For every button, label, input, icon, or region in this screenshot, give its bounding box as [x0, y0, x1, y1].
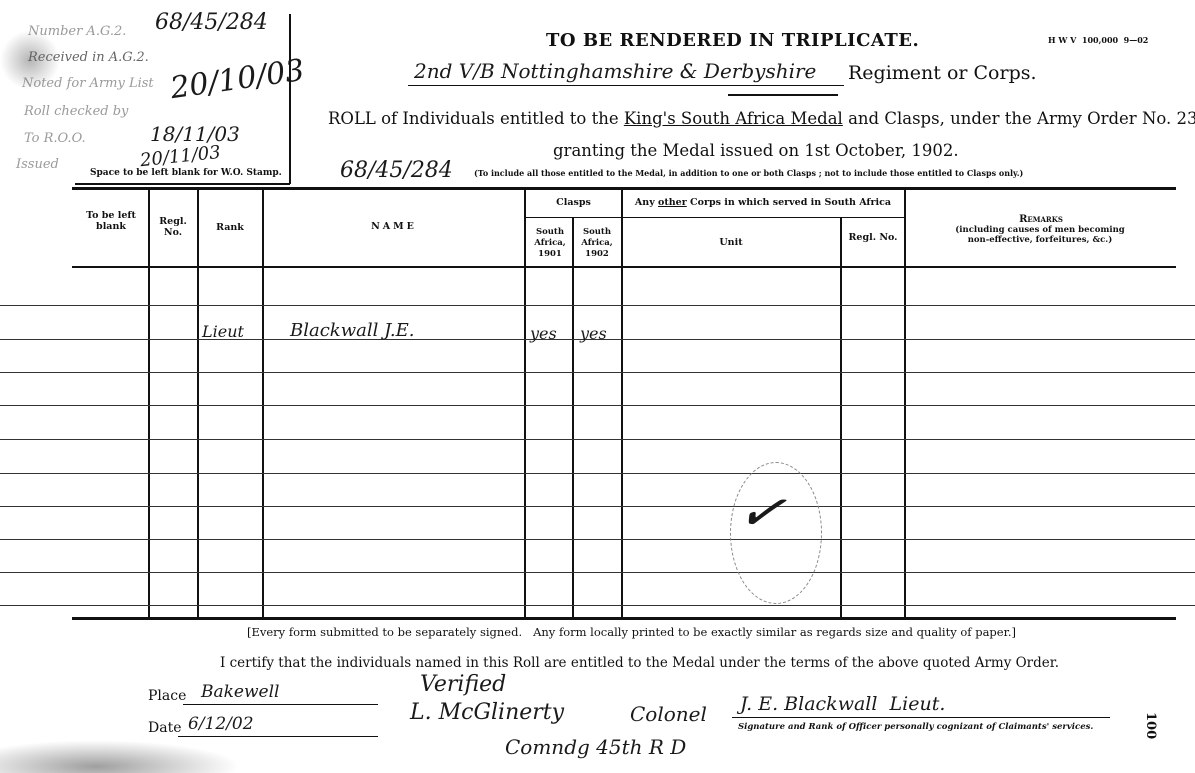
col-clasp-1901: South Africa, 1901: [530, 227, 570, 260]
clasps-subrule: [526, 217, 904, 218]
stamp-bottom-rule: [75, 183, 290, 185]
row-rule: [0, 506, 1195, 507]
row-rule: [0, 539, 1195, 540]
col-left-blank: To be left blank: [82, 210, 140, 232]
col-clasp-1902: South Africa, 1902: [576, 227, 618, 260]
handwritten-date-1: 20/10/03: [168, 53, 306, 106]
col-clasps: Clasps: [526, 197, 621, 208]
date-value: 6/12/02: [188, 714, 254, 734]
col-divider: [840, 217, 842, 619]
inclusion-instruction: (To include all those entitled to the Me…: [474, 168, 1023, 178]
page-title: TO BE RENDERED IN TRIPLICATE.: [546, 30, 919, 51]
roll-line: ROLL of Individuals entitled to the King…: [328, 109, 1195, 128]
certification-statement: I certify that the individuals named in …: [220, 655, 1059, 671]
col-divider: [197, 189, 199, 619]
handwritten-date-2: 18/11/03: [150, 122, 240, 146]
row-clasp-1901: yes: [530, 324, 557, 343]
col-other-regl-no: Regl. No.: [842, 232, 904, 243]
col-divider: [262, 189, 264, 619]
col-unit: Unit: [622, 237, 840, 248]
row-rule: [0, 605, 1195, 606]
col-name: NAME: [264, 221, 524, 232]
table-top-rule: [72, 187, 1176, 190]
col-regl-no: Regl. No.: [150, 216, 196, 238]
col-divider: [621, 189, 623, 619]
verifier-signature: L. McGlinerty: [410, 700, 564, 725]
place-label: Place: [148, 688, 186, 704]
table-row: Lieut Blackwall J.E. yes yes: [0, 318, 1195, 348]
col-other-corps: Any other Corps in which served in South…: [622, 197, 904, 208]
table-header-bottom-rule: [72, 266, 1176, 268]
col-divider: [904, 189, 906, 619]
row-rule: [0, 473, 1195, 474]
granting-line: granting the Medal issued on 1st October…: [553, 141, 959, 160]
col-divider: [572, 217, 574, 619]
stamp-line-issued: Issued: [16, 157, 59, 172]
regiment-value: 2nd V/B Nottinghamshire & Derbyshire: [414, 59, 816, 83]
row-name: Blackwall J.E.: [290, 320, 414, 341]
row-rule: [0, 572, 1195, 573]
row-rank: Lieut: [202, 322, 244, 341]
col-rank: Rank: [200, 222, 260, 233]
scan-smudge: [0, 740, 240, 773]
signing-notice: [Every form submitted to be separately s…: [247, 625, 1016, 639]
regiment-field: 2nd V/B Nottinghamshire & Derbyshire: [408, 57, 844, 86]
handwritten-date-3: 20/11/03: [139, 142, 222, 171]
verifier-command: Comndg 45th R D: [505, 735, 686, 759]
regiment-label: Regiment or Corps.: [848, 62, 1037, 84]
verifier-rank: Colonel: [630, 702, 707, 726]
officer-signature: J. E. Blackwall Lieut.: [740, 693, 945, 715]
place-value: Bakewell: [201, 682, 279, 702]
stamp-line-to: To R.O.O.: [24, 131, 86, 146]
place-field: Bakewell: [183, 682, 378, 705]
handwritten-file-number: 68/45/284: [155, 10, 268, 35]
stamp-caption: Space to be left blank for W.O. Stamp.: [90, 168, 282, 178]
date-label: Date: [148, 720, 181, 736]
row-rule: [0, 439, 1195, 440]
roll-prefix: ROLL of Individuals entitled to the: [328, 109, 619, 128]
col-divider: [148, 189, 150, 619]
table-bottom-rule: [72, 617, 1176, 620]
row-clasp-1902: yes: [580, 324, 607, 343]
signature-field: J. E. Blackwall Lieut.: [732, 695, 1110, 718]
date-field: 6/12/02: [178, 714, 378, 737]
side-mark: 100: [1143, 712, 1158, 739]
roll-suffix: and Clasps, under the Army Order No. 232: [848, 109, 1195, 128]
print-code: H W V 100,000 9—02: [1048, 35, 1148, 45]
regiment-underline-2: [728, 94, 838, 96]
stamp-line-roll: Roll checked by: [24, 104, 128, 119]
wo-stamp-area: Number A.G.2. Received in A.G.2. Noted f…: [0, 0, 290, 182]
stamp-divider: [289, 14, 291, 184]
col-remarks-sub: (including causes of men becoming non-ef…: [950, 225, 1130, 245]
roll-medal: King's South Africa Medal: [624, 109, 843, 128]
row-rule: [0, 372, 1195, 373]
row-rule: [0, 305, 1195, 306]
col-divider: [524, 189, 526, 619]
verified-note: Verified: [420, 672, 506, 697]
reference-number: 68/45/284: [340, 158, 453, 183]
row-rule: [0, 405, 1195, 406]
scan-smudge: [0, 30, 60, 90]
col-remarks: Remarks: [906, 214, 1176, 225]
signature-caption: Signature and Rank of Officer personally…: [738, 722, 1093, 732]
